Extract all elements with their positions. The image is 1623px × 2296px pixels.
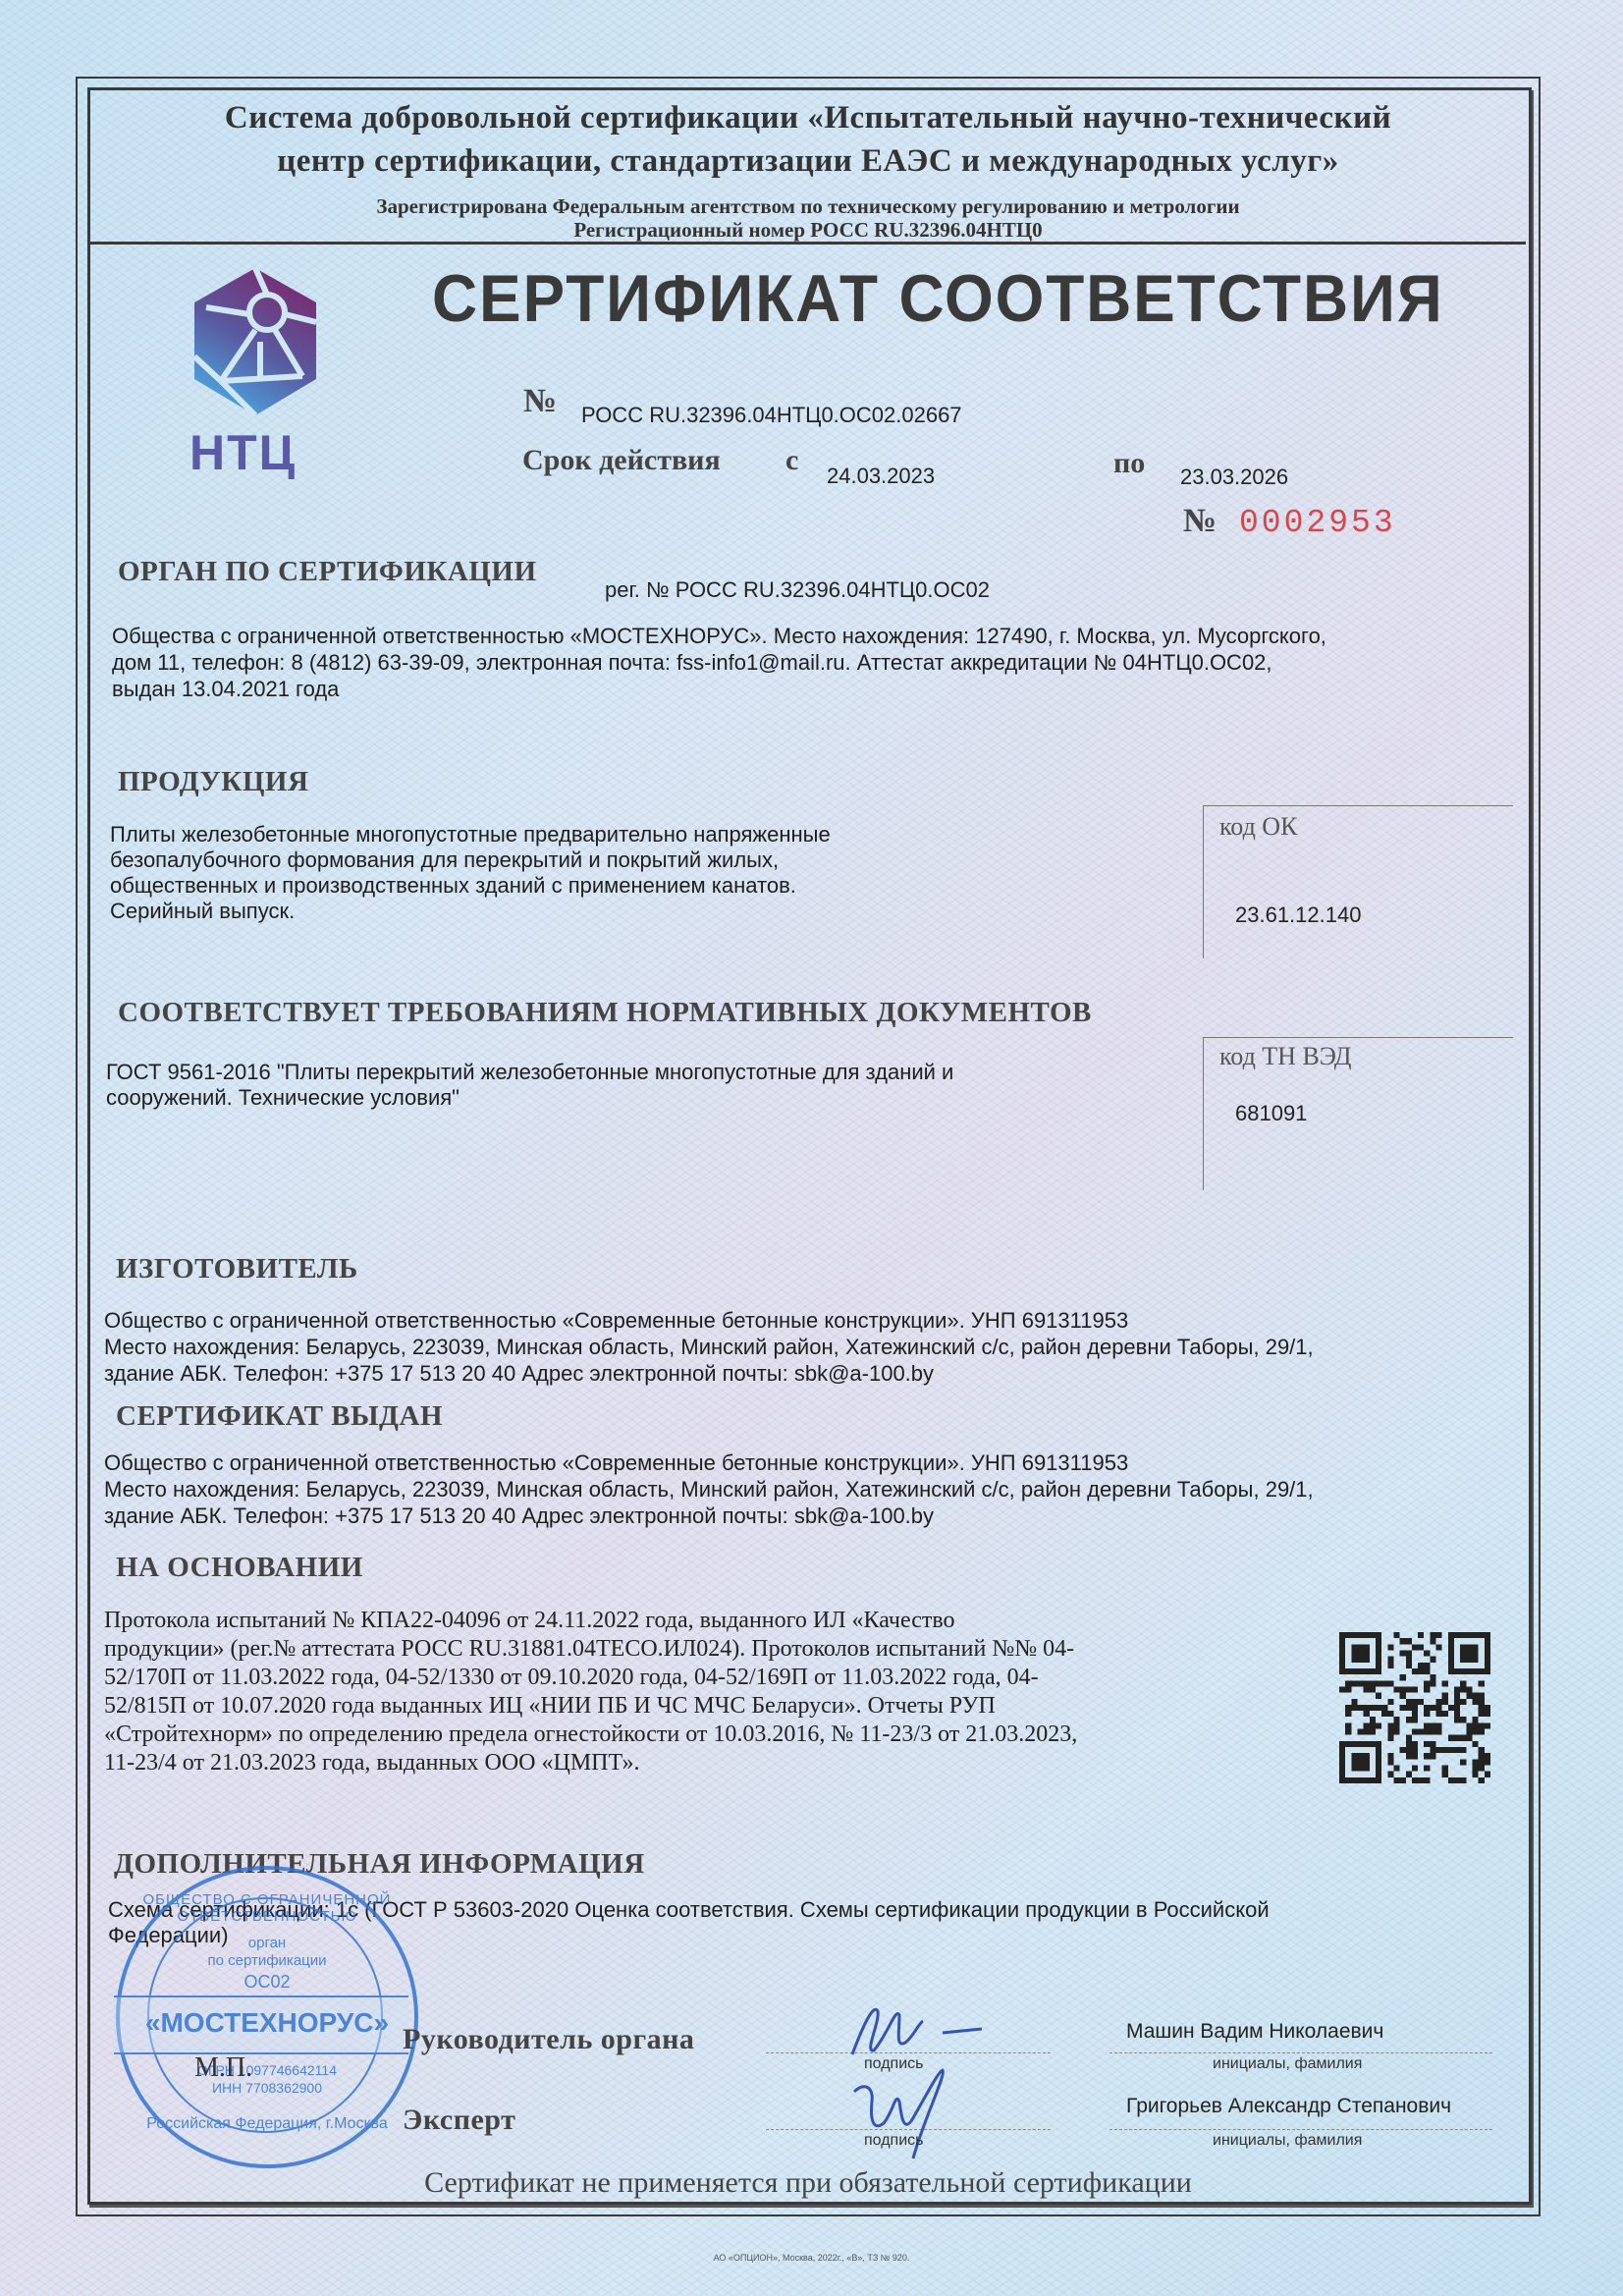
issued-to-title: СЕРТИФИКАТ ВЫДАН xyxy=(116,1400,443,1433)
expert-signature-caption: подпись xyxy=(864,2132,923,2150)
stamp-inn: ИНН 7708362900 xyxy=(120,2080,414,2096)
validity-from-date: 24.03.2023 xyxy=(827,464,935,489)
code-tnved-value: 681091 xyxy=(1235,1101,1307,1126)
stamp-ogrn: ОГРН 1097746642114 xyxy=(120,2062,414,2078)
printer-note: АО «ОПЦИОН», Москва, 2022г., «В», ТЗ № 9… xyxy=(0,2253,1623,2263)
form-number: 0002953 xyxy=(1239,505,1396,541)
certification-body-reg: рег. № РОСС RU.32396.04НТЦ0.ОС02 xyxy=(605,577,990,603)
stamp-bottom-text: Российская Федерация, г.Москва xyxy=(120,2115,414,2133)
head-signature-icon xyxy=(835,1994,1031,2062)
head-name-caption: инициалы, фамилия xyxy=(1213,2055,1362,2073)
additional-title: ДОПОЛНИТЕЛЬНАЯ ИНФОРМАЦИЯ xyxy=(114,1848,645,1881)
code-ok-value: 23.61.12.140 xyxy=(1235,902,1361,928)
validity-to-date: 23.03.2026 xyxy=(1180,465,1288,490)
footer-note: Сертификат не применяется при обязательн… xyxy=(90,2166,1526,2200)
expert-name-caption: инициалы, фамилия xyxy=(1213,2132,1362,2150)
certificate-number: РОСС RU.32396.04НТЦ0.ОС02.02667 xyxy=(581,403,962,428)
head-label: Руководитель органа xyxy=(403,2023,694,2056)
registered-line2: Регистрационный номер РОСС RU.32396.04НТ… xyxy=(90,218,1526,243)
stamp-name: «МОСТЕХНОРУС» xyxy=(120,2007,414,2039)
basis-line: 11-23/4 от 21.03.2023 года, выданных ООО… xyxy=(104,1749,640,1777)
manufacturer-line3: здание АБК. Телефон: +375 17 513 20 40 А… xyxy=(104,1360,934,1387)
basis-title: НА ОСНОВАНИИ xyxy=(116,1552,363,1584)
certificate-title: СЕРТИФИКАТ СООТВЕТСТВИЯ xyxy=(432,260,1444,337)
certification-body-line1: Общества с ограниченной ответственностью… xyxy=(112,623,1326,649)
basis-line: 52/170П от 11.03.2022 года, 04-52/1330 о… xyxy=(104,1664,1039,1692)
stamp-code: ОС02 xyxy=(120,1972,414,1993)
system-name-line2: центр сертификации, стандартизации ЕАЭС … xyxy=(90,143,1526,180)
basis-line: продукции» (рег.№ аттестата РОСС RU.3188… xyxy=(104,1635,1074,1664)
qr-code-icon[interactable] xyxy=(1339,1632,1490,1783)
issued-to-line2: Место нахождения: Беларусь, 223039, Минс… xyxy=(104,1476,1314,1503)
expert-name: Григорьев Александр Степанович xyxy=(1126,2095,1451,2118)
product-line3: общественных и производственных зданий с… xyxy=(110,872,796,899)
compliance-title: СООТВЕТСТВУЕТ ТРЕБОВАНИЯМ НОРМАТИВНЫХ ДО… xyxy=(118,997,1092,1029)
product-line2: безопалубочного формования для перекрыти… xyxy=(110,847,779,873)
validity-to-label: по xyxy=(1113,447,1145,480)
validity-from-label: с xyxy=(785,444,798,477)
manufacturer-title: ИЗГОТОВИТЕЛЬ xyxy=(116,1253,358,1285)
validity-label: Срок действия xyxy=(522,444,721,477)
logo-text: НТЦ xyxy=(189,424,297,481)
form-number-label: № xyxy=(1183,503,1217,540)
stamp-organ: орган xyxy=(120,1935,414,1951)
seal-label: М.П. xyxy=(194,2052,252,2084)
number-label: № xyxy=(523,383,557,420)
code-ok-box: код ОК 23.61.12.140 xyxy=(1203,805,1513,958)
hexagon-network-logo-icon xyxy=(187,263,324,420)
code-ok-label: код ОК xyxy=(1219,812,1297,842)
basis-line: Протокола испытаний № КПА22-04096 от 24.… xyxy=(104,1607,955,1635)
certification-body-line2: дом 11, телефон: 8 (4812) 63-39-09, элек… xyxy=(112,649,1272,676)
compliance-line2: сооружений. Технические условия" xyxy=(106,1084,460,1111)
stamp-top-text: ОБЩЕСТВО С ОГРАНИЧЕННОЙ ОТВЕТСТВЕННОСТЬЮ xyxy=(120,1891,414,1925)
seal-stamp: ОБЩЕСТВО С ОГРАНИЧЕННОЙ ОТВЕТСТВЕННОСТЬЮ… xyxy=(116,1866,418,2168)
head-name-line xyxy=(1109,2052,1492,2053)
system-name-line1: Система добровольной сертификации «Испыт… xyxy=(90,100,1526,137)
certification-body-title: ОРГАН ПО СЕРТИФИКАЦИИ xyxy=(118,556,537,588)
head-name: Машин Вадим Николаевич xyxy=(1126,2020,1383,2044)
product-line4: Серийный выпуск. xyxy=(110,898,295,924)
registered-line1: Зарегистрирована Федеральным агентством … xyxy=(90,194,1526,219)
issued-to-line1: Общество с ограниченной ответственностью… xyxy=(104,1449,1128,1476)
expert-label: Эксперт xyxy=(403,2104,515,2137)
manufacturer-line2: Место нахождения: Беларусь, 223039, Минс… xyxy=(104,1334,1314,1360)
expert-name-line xyxy=(1109,2129,1492,2130)
basis-line: 52/815П от 10.07.2020 года выданных ИЦ «… xyxy=(104,1692,996,1721)
issued-to-line3: здание АБК. Телефон: +375 17 513 20 40 А… xyxy=(104,1503,934,1529)
manufacturer-line1: Общество с ограниченной ответственностью… xyxy=(104,1307,1128,1334)
product-title: ПРОДУКЦИЯ xyxy=(118,766,308,798)
product-line1: Плиты железобетонные многопустотные пред… xyxy=(110,821,831,847)
basis-line: «Стройтехнорм» по определению предела ог… xyxy=(104,1721,1077,1749)
code-tnved-label: код ТН ВЭД xyxy=(1219,1042,1352,1071)
header-divider xyxy=(90,242,1526,245)
code-tnved-box: код ТН ВЭД 681091 xyxy=(1203,1037,1513,1190)
certification-body-line3: выдан 13.04.2021 года xyxy=(112,676,339,702)
stamp-by-cert: по сертификации xyxy=(120,1952,414,1969)
compliance-line1: ГОСТ 9561-2016 "Плиты перекрытий железоб… xyxy=(106,1059,953,1085)
